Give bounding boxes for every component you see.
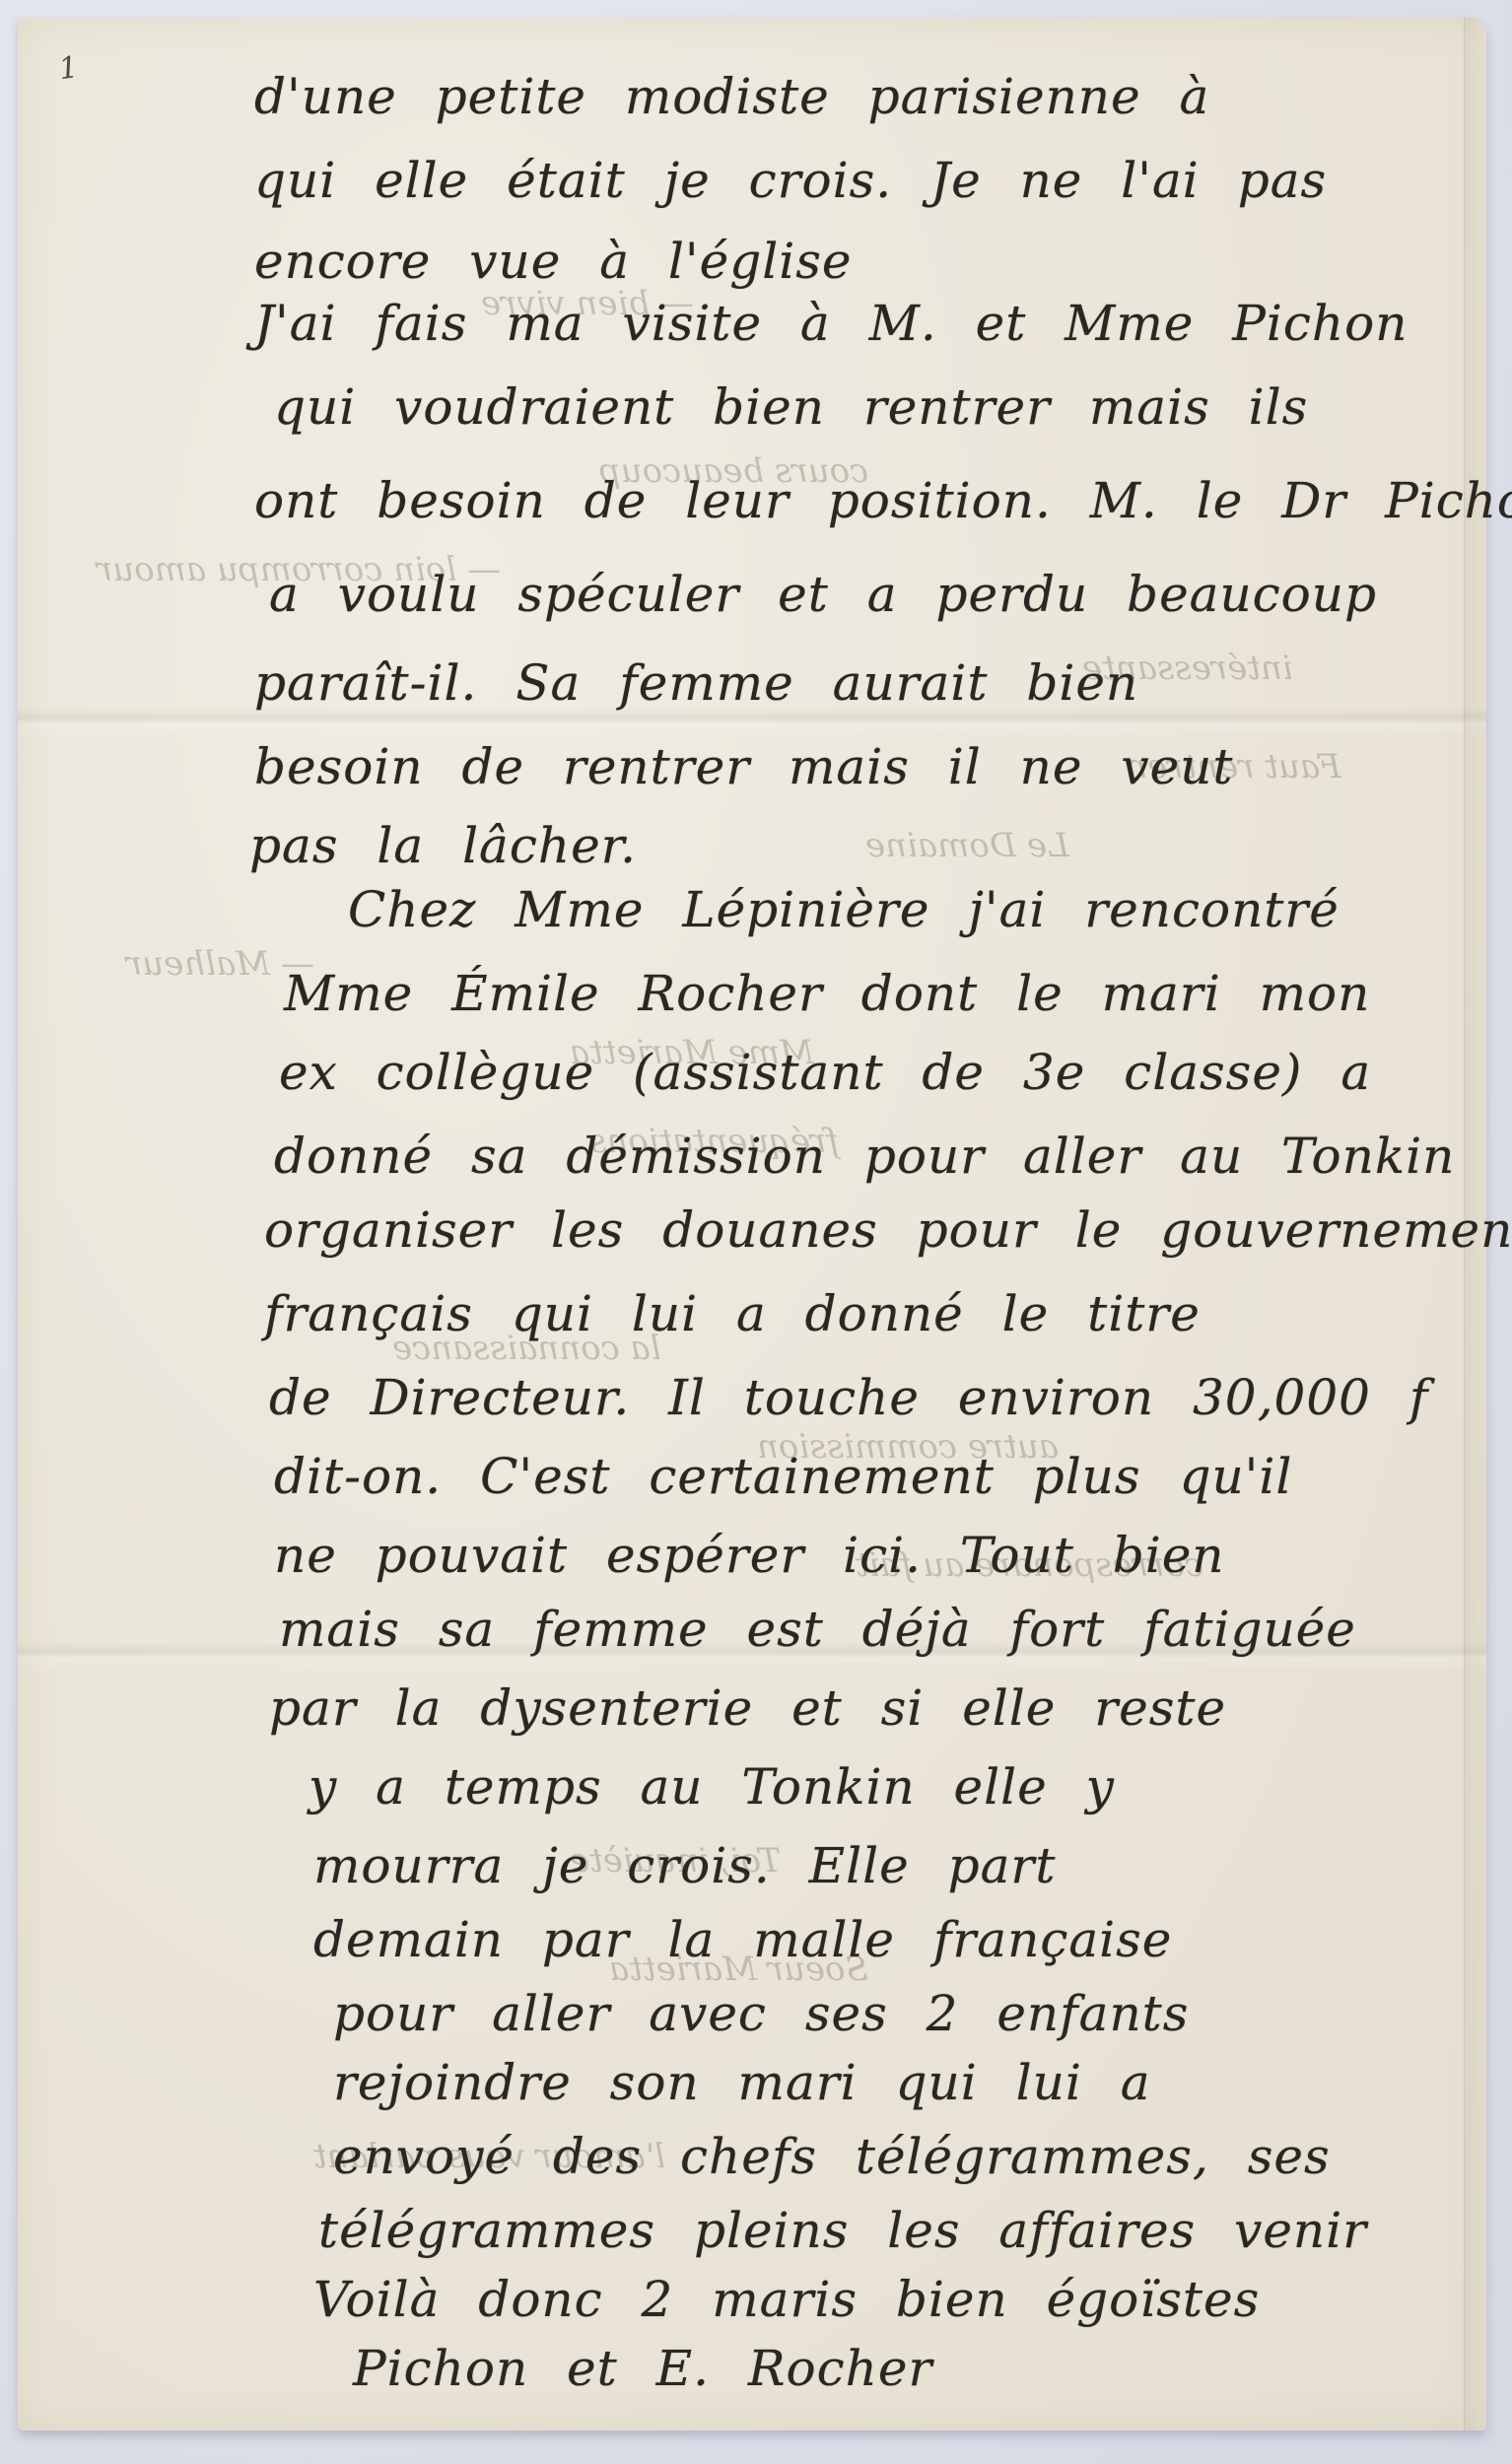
letter-line: Voilà donc 2 maris bien égoïstes xyxy=(313,2275,1260,2324)
letter-line: pas la lâcher. xyxy=(249,821,637,870)
letter-line: rejoindre son mari qui lui a xyxy=(333,2058,1151,2107)
letter-line: Mme Émile Rocher dont le mari mon xyxy=(284,969,1370,1018)
letter-line: ex collègue (assistant de 3e classe) a xyxy=(279,1048,1371,1097)
letter-line: encore vue à l'église xyxy=(254,237,852,286)
letter-line: par la dysenterie et si elle reste xyxy=(269,1683,1226,1733)
letter-line: J'ai fais ma visite à M. et Mme Pichon xyxy=(254,299,1408,348)
letter-line: dit-on. C'est certainement plus qu'il xyxy=(274,1452,1292,1501)
letter-page: 1 — bien vivre cours beaucoup — loin cor… xyxy=(18,18,1486,2430)
letter-line: qui voudraient bien rentrer mais ils xyxy=(274,382,1308,432)
letter-line: qui elle était je crois. Je ne l'ai pas xyxy=(254,156,1327,205)
letter-line: d'une petite modiste parisienne à xyxy=(254,72,1209,121)
letter-line: y a temps au Tonkin elle y xyxy=(309,1762,1115,1812)
letter-line: Chez Mme Lépinière j'ai rencontré xyxy=(348,885,1340,934)
letter-line: paraît-il. Sa femme aurait bien xyxy=(254,658,1138,708)
letter-line: donné sa démission pour aller au Tonkin xyxy=(274,1131,1455,1181)
letter-line: Pichon et E. Rocher xyxy=(353,2344,932,2393)
letter-line: envoyé des chefs télégrammes, ses xyxy=(333,2132,1331,2181)
letter-line: de Directeur. Il touche environ 30,000 f xyxy=(269,1373,1428,1422)
letter-line: besoin de rentrer mais il ne veut xyxy=(254,742,1233,791)
letter-line: mais sa femme est déjà fort fatiguée xyxy=(279,1605,1356,1654)
letter-body: d'une petite modiste parisienne à qui el… xyxy=(18,18,1486,2430)
letter-line: pour aller avec ses 2 enfants xyxy=(333,1989,1189,2038)
letter-line: français qui lui a donné le titre xyxy=(264,1289,1201,1338)
letter-line: ne pouvait espérer ici. Tout bien xyxy=(274,1531,1224,1580)
letter-line: télégrammes pleins les affaires venir xyxy=(318,2206,1367,2255)
letter-line: mourra je crois. Elle part xyxy=(313,1841,1056,1890)
letter-line: a voulu spéculer et a perdu beaucoup xyxy=(269,570,1377,619)
letter-line: demain par la malle française xyxy=(313,1915,1172,1964)
letter-line: organiser les douanes pour le gouverneme… xyxy=(264,1205,1512,1255)
letter-line: ont besoin de leur position. M. le Dr Pi… xyxy=(254,476,1512,525)
